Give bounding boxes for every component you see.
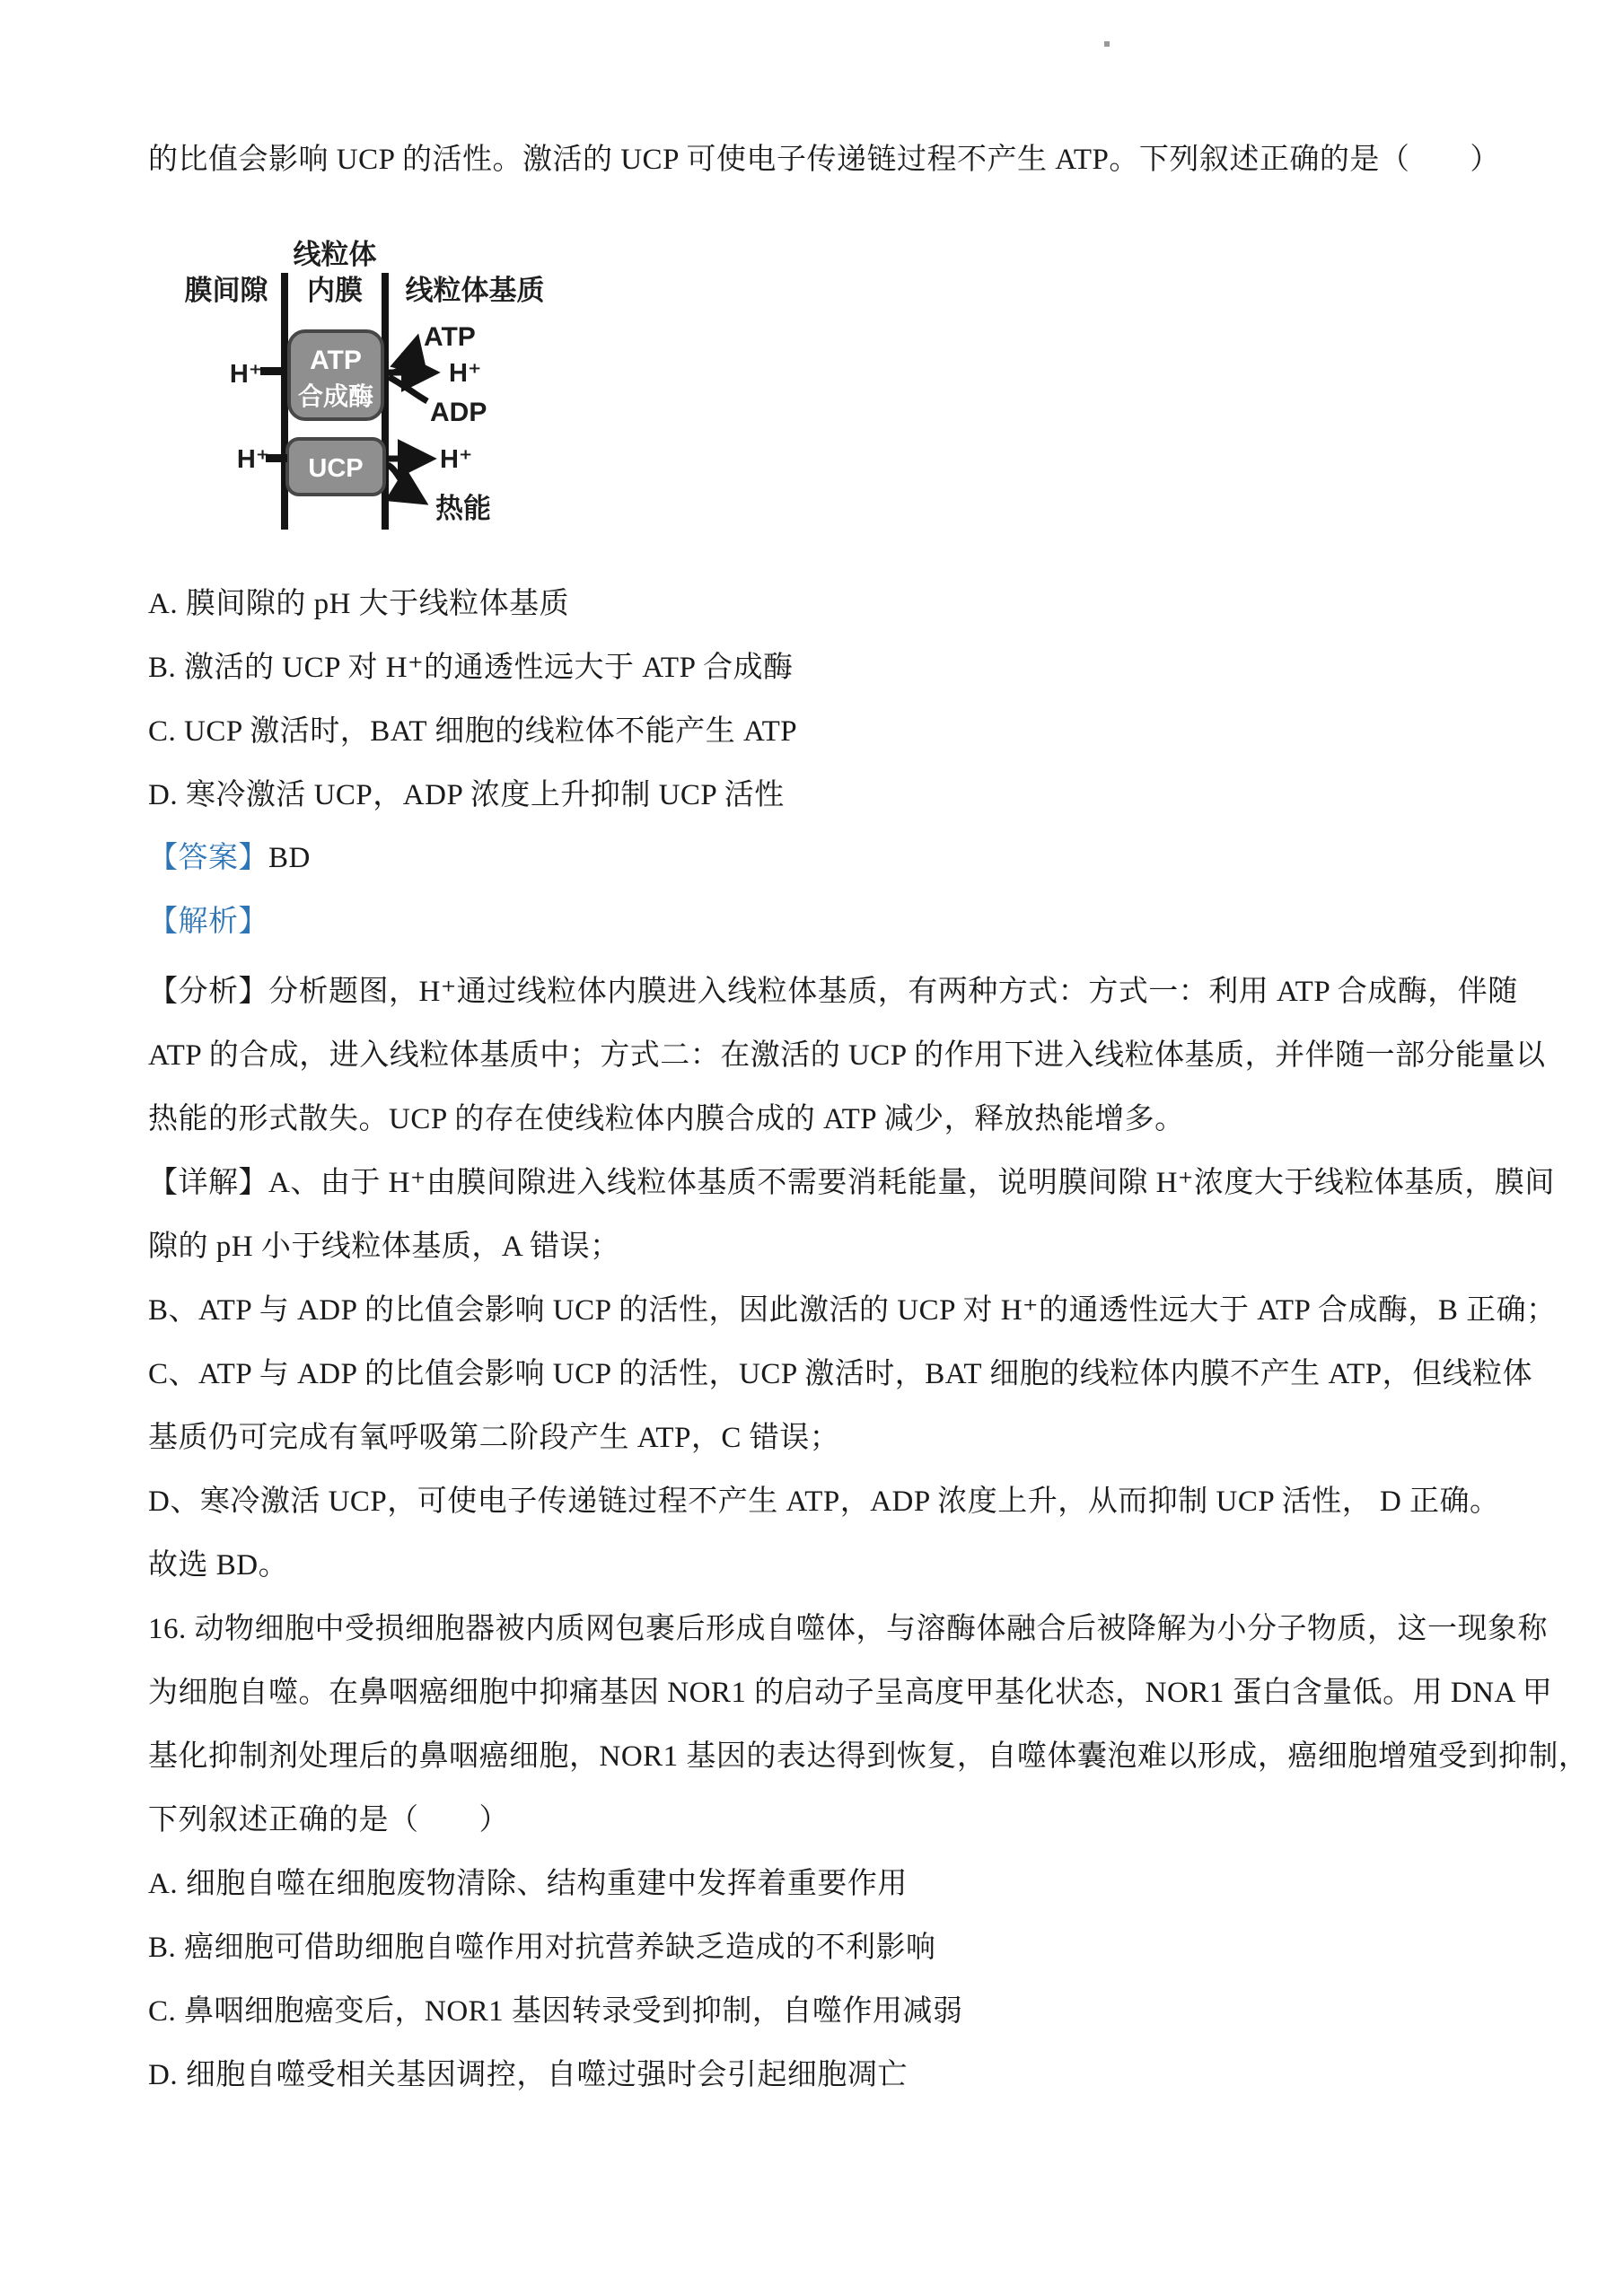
atp-out-label: ATP [424, 322, 476, 352]
h-plus-in-bottom: H⁺ [237, 445, 269, 474]
q15-conclusion: 故选 BD。 [148, 1534, 1522, 1597]
label-inner-membrane: 内膜 [307, 275, 363, 306]
q16-option-d: D. 细胞自噬受相关基因调控，自噬过强时会引起细胞凋亡 [148, 2044, 1522, 2107]
answer-value: BD [268, 842, 311, 874]
q15-option-d: D. 寒冷激活 UCP，ADP 浓度上升抑制 UCP 活性 [148, 764, 1522, 827]
q15-detail-line-5: 基质仍可完成有氧呼吸第二阶段产生 ATP，C 错误； [148, 1407, 1522, 1469]
q15-detail-line-3: B、ATP 与 ADP 的比值会影响 UCP 的活性，因此激活的 UCP 对 H… [148, 1279, 1522, 1342]
q15-option-b: B. 激活的 UCP 对 H⁺的通透性远大于 ATP 合成酶 [148, 636, 1522, 699]
h-plus-out-bottom-label: H⁺ [440, 445, 472, 474]
q16-stem-line-2: 为细胞自噬。在鼻咽癌细胞中抑痛基因 NOR1 的启动子呈高度甲基化状态，NOR1… [148, 1661, 1522, 1724]
answer-label: 【答案】 [148, 842, 268, 874]
atp-out-arrow [389, 341, 417, 373]
atp-synthase-label-2: 合成酶 [298, 381, 373, 410]
q15-stem-tail: 的比值会影响 UCP 的活性。激活的 UCP 可使电子传递链过程不产生 ATP。… [148, 128, 1522, 191]
label-intermembrane-space: 膜间隙 [185, 275, 269, 306]
h-plus-in-top: H⁺ [230, 360, 262, 389]
q15-answer-line: 【答案】BD [148, 827, 1522, 889]
q15-option-a: A. 膜间隙的 pH 大于线粒体基质 [148, 573, 1522, 635]
explanation-label: 【解析】 [148, 906, 268, 938]
ucp-label: UCP [308, 454, 363, 483]
heat-out-arrow [388, 465, 422, 501]
q15-analysis-line-2: ATP 的合成，进入线粒体基质中；方式二：在激活的 UCP 的作用下进入线粒体基… [148, 1024, 1522, 1087]
q16-option-a: A. 细胞自噬在细胞废物清除、结构重建中发挥着重要作用 [148, 1853, 1522, 1915]
q15-detail-line-1: 【详解】A、由于 H⁺由膜间隙进入线粒体基质不需要消耗能量，说明膜间隙 H⁺浓度… [148, 1152, 1522, 1214]
q15-option-c: C. UCP 激活时，BAT 细胞的线粒体不能产生 ATP [148, 700, 1522, 763]
q16-option-b: B. 癌细胞可借助细胞自噬作用对抗营养缺乏造成的不利影响 [148, 1916, 1522, 1979]
q15-explanation-header: 【解析】 [148, 890, 1522, 953]
h-plus-in-top-connector [260, 367, 287, 375]
mitochondria-ucp-diagram: 线粒体 膜间隙 内膜 线粒体基质 ATP 合成酶 H⁺ ATP H⁺ ADP U… [172, 232, 567, 550]
adp-in-curve [389, 377, 427, 401]
label-mitochondria: 线粒体 [294, 239, 377, 270]
label-matrix: 线粒体基质 [406, 275, 545, 306]
q15-detail-line-6: D、寒冷激活 UCP，可使电子传递链过程不产生 ATP，ADP 浓度上升，从而抑… [148, 1470, 1522, 1533]
atp-synthase-label-1: ATP [310, 346, 362, 375]
h-plus-out-top-label: H⁺ [449, 359, 481, 388]
exam-solution-page: { "colors": { "accent_blue": "#2e75b6", … [0, 0, 1624, 2296]
q16-option-c: C. 鼻咽细胞癌变后，NOR1 基因转录受到抑制，自噬作用减弱 [148, 1980, 1522, 2043]
q15-detail-line-2: 隙的 pH 小于线粒体基质，A 错误； [148, 1215, 1522, 1278]
q15-analysis-line-1: 【分析】分析题图，H⁺通过线粒体内膜进入线粒体基质，有两种方式：方式一：利用 A… [148, 960, 1522, 1023]
q15-analysis-line-3: 热能的形式散失。UCP 的存在使线粒体内膜合成的 ATP 减少，释放热能增多。 [148, 1088, 1522, 1151]
q16-stem-line-4: 下列叙述正确的是（ ） [148, 1789, 1522, 1852]
q16-stem-line-1: 16. 动物细胞中受损细胞器被内质网包裹后形成自噬体，与溶酶体融合后被降解为小分… [148, 1598, 1522, 1661]
q15-detail-line-4: C、ATP 与 ADP 的比值会影响 UCP 的活性，UCP 激活时，BAT 细… [148, 1343, 1522, 1406]
q16-stem-line-3: 基化抑制剂处理后的鼻咽癌细胞，NOR1 基因的表达得到恢复，自噬体囊泡难以形成，… [148, 1725, 1522, 1788]
adp-in-label: ADP [430, 398, 487, 427]
scan-artifact-dot [1104, 41, 1110, 47]
heat-out-label: 热能 [435, 493, 491, 524]
h-plus-in-bottom-connector [266, 454, 287, 462]
diagram-svg: 线粒体 膜间隙 内膜 线粒体基质 ATP 合成酶 H⁺ ATP H⁺ ADP U… [172, 232, 567, 550]
